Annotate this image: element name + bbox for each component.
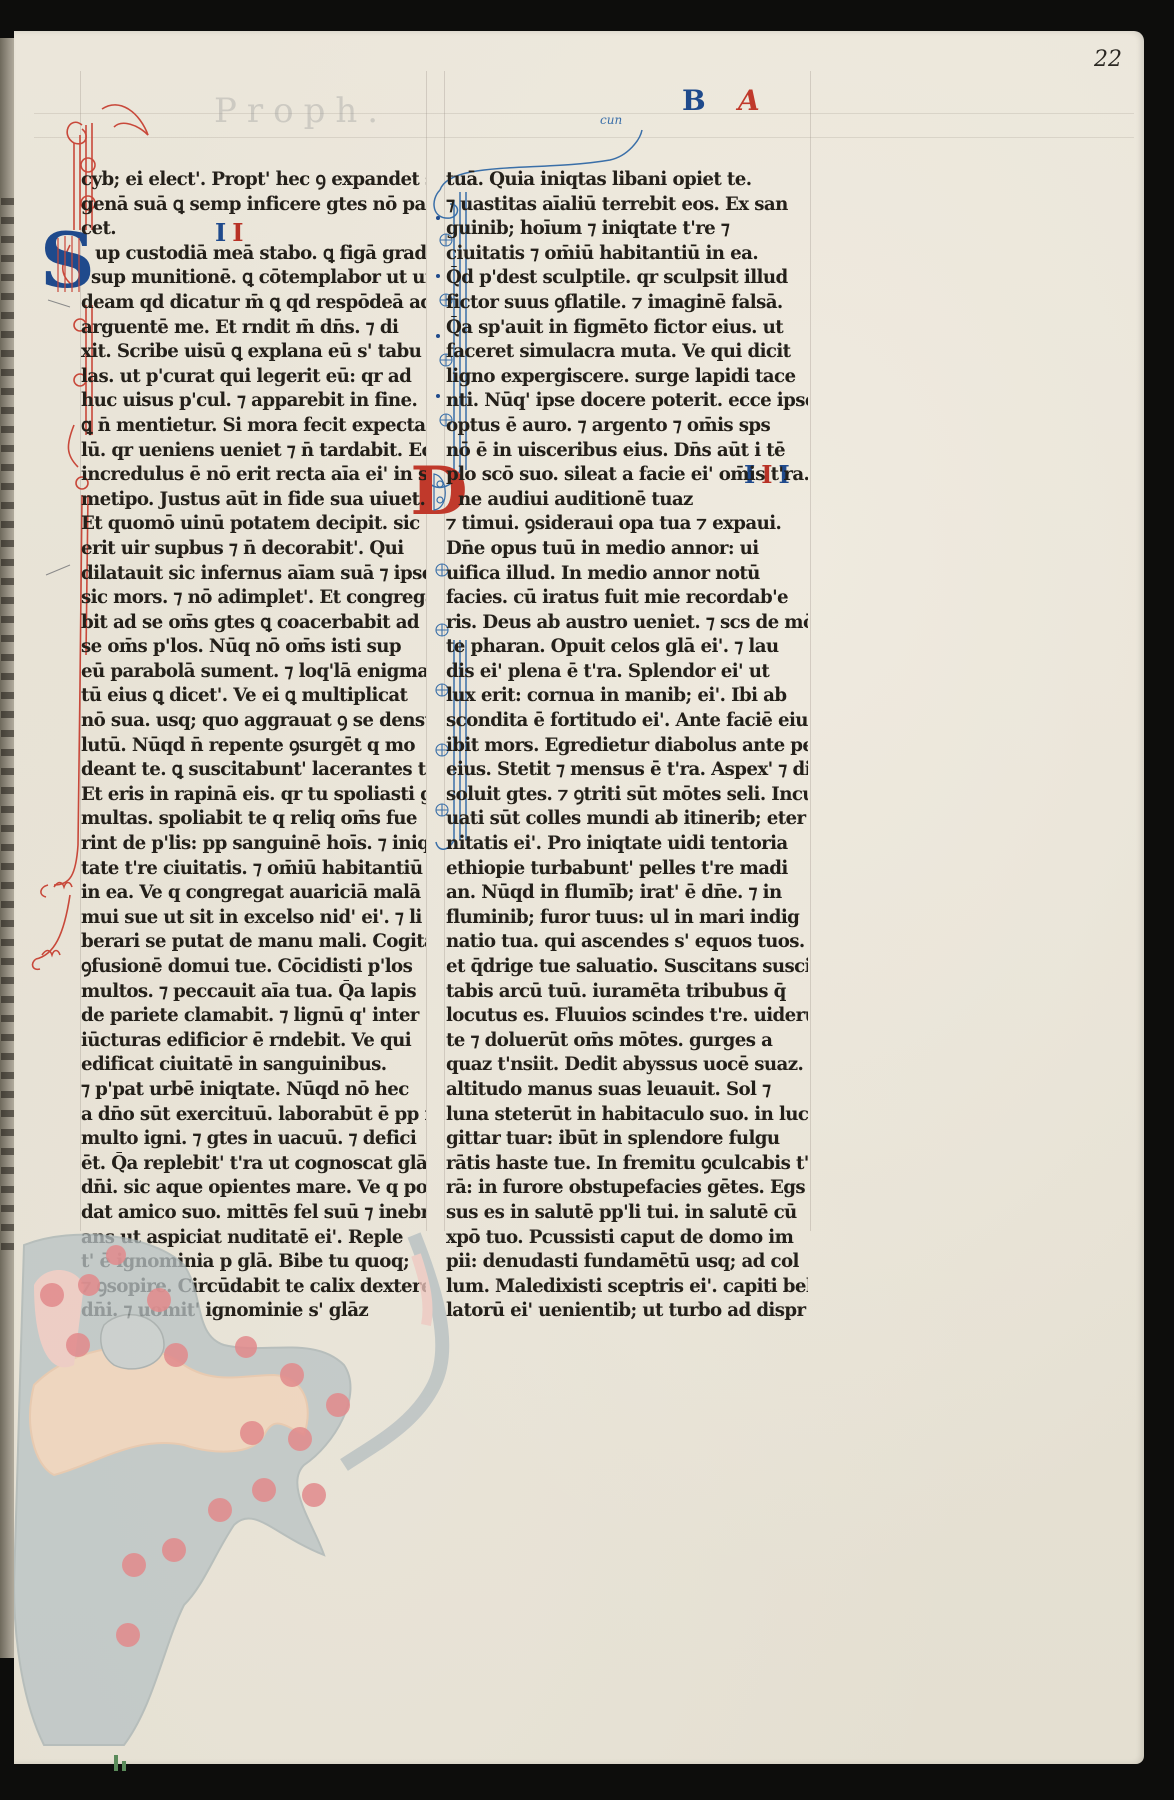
- text-line: ⁊ timui. ꝯsideraui opa tua ⁊ expaui.: [446, 512, 808, 537]
- text-line: mui sue ut sit in excelso nid' ei'. ⁊ li: [81, 906, 426, 931]
- text-line: Et quomō uinū potatem decipit. sic: [81, 512, 426, 537]
- text-line: up custodiā meā stabo. ꝗ figā gradū: [81, 242, 426, 267]
- text-line: huc uisus p'cul. ⁊ apparebit in fine.: [81, 389, 426, 414]
- text-line: tuā. Quia iniqtas libani opiet te.: [446, 168, 808, 193]
- text-line: te pharan. Opuit celos glā ei'. ⁊ lau: [446, 635, 808, 660]
- column-marker-b: B: [682, 84, 706, 117]
- text-line: de pariete clamabit. ⁊ lignū q' inter: [81, 1004, 426, 1029]
- text-line: bit ad se om̄s gtes ꝗ coacerbabit ad: [81, 611, 426, 636]
- text-line: a dn̄o sūt exercituū. laborabūt ē pp in: [81, 1103, 426, 1128]
- text-line: ciuitatis ⁊ om̄iū habitantiū in ea.: [446, 242, 808, 267]
- text-line: uati sūt colles mundi ab itinerib; eter: [446, 807, 808, 832]
- text-line: multos. ⁊ peccauit aīa tua. Q̄a lapis: [81, 980, 426, 1005]
- text-line: rātis haste tue. In fremitu ꝯculcabis t': [446, 1152, 808, 1177]
- text-line: ēt. Q̄a replebit' t'ra ut cognoscat glāz: [81, 1152, 426, 1177]
- text-line: scondita ē fortitudo ei'. Ante faciē eiu…: [446, 709, 808, 734]
- text-line: ethiopie turbabunt' pelles t're madi: [446, 857, 808, 882]
- text-line: xit. Scribe uisū ꝗ explana eū s' tabu: [81, 340, 426, 365]
- text-line: nō ē in uisceribus eius. Dn̄s aūt i tē: [446, 439, 808, 464]
- text-line: xpō tuo. Pcussisti caput de domo im: [446, 1226, 808, 1251]
- text-line: nō sua. usq; quo aggrauat ꝯ se densū: [81, 709, 426, 734]
- text-line: natio tua. qui ascendes s' equos tuos.: [446, 930, 808, 955]
- text-line: sic mors. ⁊ nō adimplet'. Et congrega: [81, 586, 426, 611]
- text-line: locutus es. Fluuios scindes t're. uiderū…: [446, 1004, 808, 1029]
- ruling-line: [810, 71, 811, 1231]
- text-line: lutū. Nūqd n̄ repente ꝯsurgēt q mo: [81, 734, 426, 759]
- text-line: nti. Nūq' ipse docere poterit. ecce ipse…: [446, 389, 808, 414]
- text-line: ne audiui auditionē tuaz: [446, 488, 808, 513]
- text-column-right: tuā. Quia iniqtas libani opiet te. ⁊ uas…: [446, 168, 808, 1324]
- text-line: dn̄i. sic aque opientes mare. Ve q potū: [81, 1176, 426, 1201]
- text-line: lux erit: cornua in manib; ei'. Ibi ab: [446, 684, 808, 709]
- text-line: ⁊ uastitas aīaliū terrebit eos. Ex san: [446, 193, 808, 218]
- text-line: quaz t'nsiit. Dedit abyssus uocē suaz.: [446, 1053, 808, 1078]
- text-line: pii: denudasti fundamētū usq; ad col: [446, 1250, 808, 1275]
- text-line: rint de p'lis: pp sanguinē hoīs. ⁊ iniq: [81, 832, 426, 857]
- text-line: uifica illud. In medio annor notū: [446, 562, 808, 587]
- text-line: altitudo manus suas leuauit. Sol ⁊: [446, 1078, 808, 1103]
- text-line: ibit mors. Egredietur diabolus ante pede…: [446, 734, 808, 759]
- folio-number: 22: [1094, 47, 1122, 72]
- text-line: deant te. ꝗ suscitabunt' lacerantes te.: [81, 758, 426, 783]
- text-line: lum. Maledixisti sceptris ei'. capiti be…: [446, 1275, 808, 1300]
- text-line: sup munitionē. ꝗ cōtemplabor ut ui: [81, 266, 426, 291]
- text-line: tabis arcū tuū. iuramēta tribubus q̄: [446, 980, 808, 1005]
- text-line: eius. Stetit ⁊ mensus ē t'ra. Aspex' ⁊ d…: [446, 758, 808, 783]
- column-marker-a: A: [738, 84, 760, 117]
- text-line: ⁊ p'pat urbē iniqtate. Nūqd nō hec: [81, 1078, 426, 1103]
- text-line: eū parabolā sument. ⁊ loq'lā enigma: [81, 660, 426, 685]
- text-line: fictor suus ꝯflatile. ⁊ imaginē falsā.: [446, 291, 808, 316]
- text-line: ligno expergiscere. surge lapidi tace: [446, 365, 808, 390]
- text-line: dilatauit sic infernus aīam suā ⁊ ipse: [81, 562, 426, 587]
- text-line: Et eris in rapinā eis. qr tu spoliasti g…: [81, 783, 426, 808]
- text-line: luna steterūt in habitaculo suo. in luce…: [446, 1103, 808, 1128]
- text-line: facies. cū iratus fuit mie recordab'e: [446, 586, 808, 611]
- text-line: metipo. Justus aūt in fide sua uiuet.: [81, 488, 426, 513]
- text-line: fluminib; furor tuus: ul in mari indig: [446, 906, 808, 931]
- text-line: se om̄s p'los. Nūq nō om̄s isti sup: [81, 635, 426, 660]
- text-line: cet.: [81, 217, 426, 242]
- text-line: Q̄a sp'auit in figmēto fictor eius. ut: [446, 316, 808, 341]
- text-line: te ⁊ doluerūt om̄s mōtes. gurges a: [446, 1029, 808, 1054]
- text-line: multo igni. ⁊ gtes in uacuū. ⁊ defici: [81, 1127, 426, 1152]
- text-line: iūcturas edificior ē rndebit. Ve qui: [81, 1029, 426, 1054]
- text-line: cyb; ei elect'. Propt' hec ꝯ expandet sa: [81, 168, 426, 193]
- text-line: lū. qr ueniens ueniet ⁊ n̄ tardabit. Ecc…: [81, 439, 426, 464]
- text-line: dis ei' plena ē t'ra. Splendor ei' ut: [446, 660, 808, 685]
- text-line: Q̄d p'dest sculptile. qr sculpsit illud: [446, 266, 808, 291]
- text-line: tū eius ꝗ dicet'. Ve ei ꝗ multiplicat: [81, 684, 426, 709]
- running-title-offset: Proph.: [214, 91, 388, 131]
- text-line: faceret simulacra muta. Ve qui dicit: [446, 340, 808, 365]
- text-line: edificat ciuitatē in sanguinibus.: [81, 1053, 426, 1078]
- text-line: multas. spoliabit te q reliq om̄s fue: [81, 807, 426, 832]
- text-line: tate t're ciuitatis. ⁊ om̄iū habitantiū: [81, 857, 426, 882]
- text-line: et q̄drige tue saluatio. Suscitans susci: [446, 955, 808, 980]
- text-line: nitatis ei'. Pro iniqtate uidi tentoria: [446, 832, 808, 857]
- text-line: an. Nūqd in flumīb; irat' ē dn̄e. ⁊ in: [446, 881, 808, 906]
- text-line: dat amico suo. mittēs fel suū ⁊ inebri: [81, 1201, 426, 1226]
- text-line: deam qd dicatur m̄ ꝗ qd respōdeā ad: [81, 291, 426, 316]
- text-line: optus ē auro. ⁊ argento ⁊ om̄is sps: [446, 414, 808, 439]
- text-line: latorū ei' uenientib; ut turbo ad dispr: [446, 1299, 808, 1324]
- text-line: in ea. Ve q congregat auariciā malā do: [81, 881, 426, 906]
- text-line: guinib; hoīum ⁊ iniqtate t're ⁊: [446, 217, 808, 242]
- previous-leaf-text: [1, 198, 15, 1258]
- text-line: arguentē me. Et rndit m̄ dn̄s. ⁊ di: [81, 316, 426, 341]
- text-line: rā: in furore obstupefacies gētes. Egs: [446, 1176, 808, 1201]
- text-line: ꝯfusionē domui tue. Cōcidisti p'los: [81, 955, 426, 980]
- text-line: plo scō suo. sileat a facie ei' om̄is t'…: [446, 463, 808, 488]
- text-line: genā suā ꝗ semp inficere gtes nō par: [81, 193, 426, 218]
- text-line: ꝗ n̄ mentietur. Si mora fecit expecta il: [81, 414, 426, 439]
- text-line: sus es in salutē pp'li tui. in salutē cū: [446, 1201, 808, 1226]
- text-line: gittar tuar: ibūt in splendore fulgu: [446, 1127, 808, 1152]
- text-line: las. ut p'curat qui legerit eū: qr ad: [81, 365, 426, 390]
- text-line: ris. Deus ab austro ueniet. ⁊ scs de mō: [446, 611, 808, 636]
- text-line: incredulus ē nō erit recta aīa ei' in se: [81, 463, 426, 488]
- text-line: erit uir supbus ⁊ n̄ decorabit'. Qui: [81, 537, 426, 562]
- text-line: berari se putat de manu mali. Cogitasti: [81, 930, 426, 955]
- text-column-left: cyb; ei elect'. Propt' hec ꝯ expandet sa…: [81, 168, 426, 1324]
- beast-offset-illustration-icon: [14, 1225, 484, 1785]
- text-line: Dn̄e opus tuū in medio annor: ui: [446, 537, 808, 562]
- text-line: soluit gtes. ⁊ ꝯtriti sūt mōtes seli. In…: [446, 783, 808, 808]
